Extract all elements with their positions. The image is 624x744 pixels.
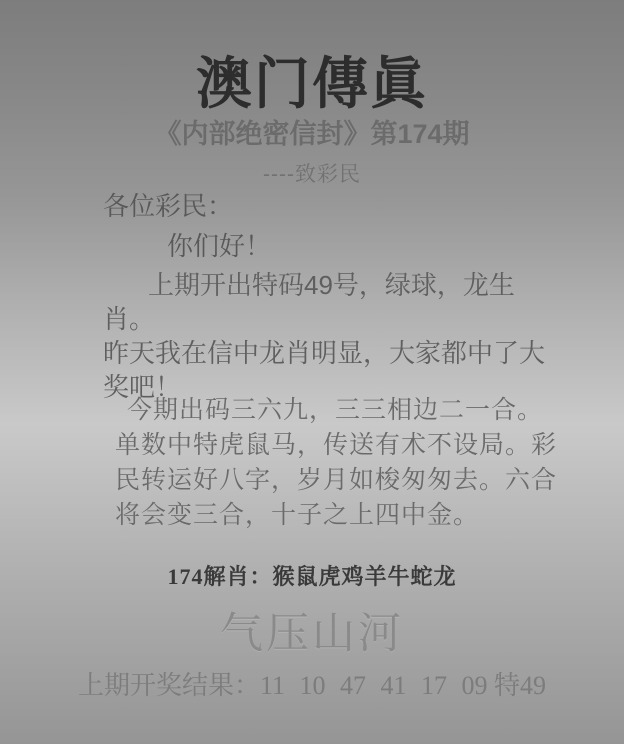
greeting: 你们好！ xyxy=(167,226,271,263)
results-special-number: 特49 xyxy=(494,671,546,700)
fax-flyer-page: 澳门傳眞 《内部绝密信封》第174期 ----致彩民 各位彩民： 你们好！ 上期… xyxy=(0,0,624,744)
dedication-line: ----致彩民 xyxy=(0,158,624,188)
poem-line: 今期出码三六九，三三相边二一合。 xyxy=(115,393,585,428)
intro-line: 上期开出特码49号，绿球，龙生肖。 xyxy=(103,268,563,336)
intro-line: 昨天我在信中龙肖明显，大家都中了大 xyxy=(103,336,563,370)
results-numbers: 11 10 47 41 17 09 xyxy=(260,671,488,700)
salutation: 各位彩民： xyxy=(103,186,233,223)
slogan: 气压山河 xyxy=(0,600,624,661)
poem-line: 民转运好八字，岁月如梭匆匆去。六合 xyxy=(115,463,585,498)
previous-draw-results: 上期开奖结果：11 10 47 41 17 09 特49 xyxy=(0,665,624,702)
tip-poem: 今期出码三六九，三三相边二一合。 单数中特虎鼠马，传送有术不设局。彩 民转运好八… xyxy=(115,393,585,533)
envelope-issue-subtitle: 《内部绝密信封》第174期 xyxy=(0,112,624,151)
results-label: 上期开奖结果： xyxy=(78,671,260,700)
poem-line: 单数中特虎鼠马，传送有术不设局。彩 xyxy=(115,428,585,463)
page-title: 澳门傳眞 xyxy=(0,40,624,120)
zodiac-interpretation-line: 174解肖：猴鼠虎鸡羊牛蛇龙 xyxy=(0,560,624,591)
intro-paragraph: 上期开出特码49号，绿球，龙生肖。 昨天我在信中龙肖明显，大家都中了大 奖吧！ xyxy=(103,268,563,404)
poem-line: 将会变三合，十子之上四中金。 xyxy=(115,498,585,533)
